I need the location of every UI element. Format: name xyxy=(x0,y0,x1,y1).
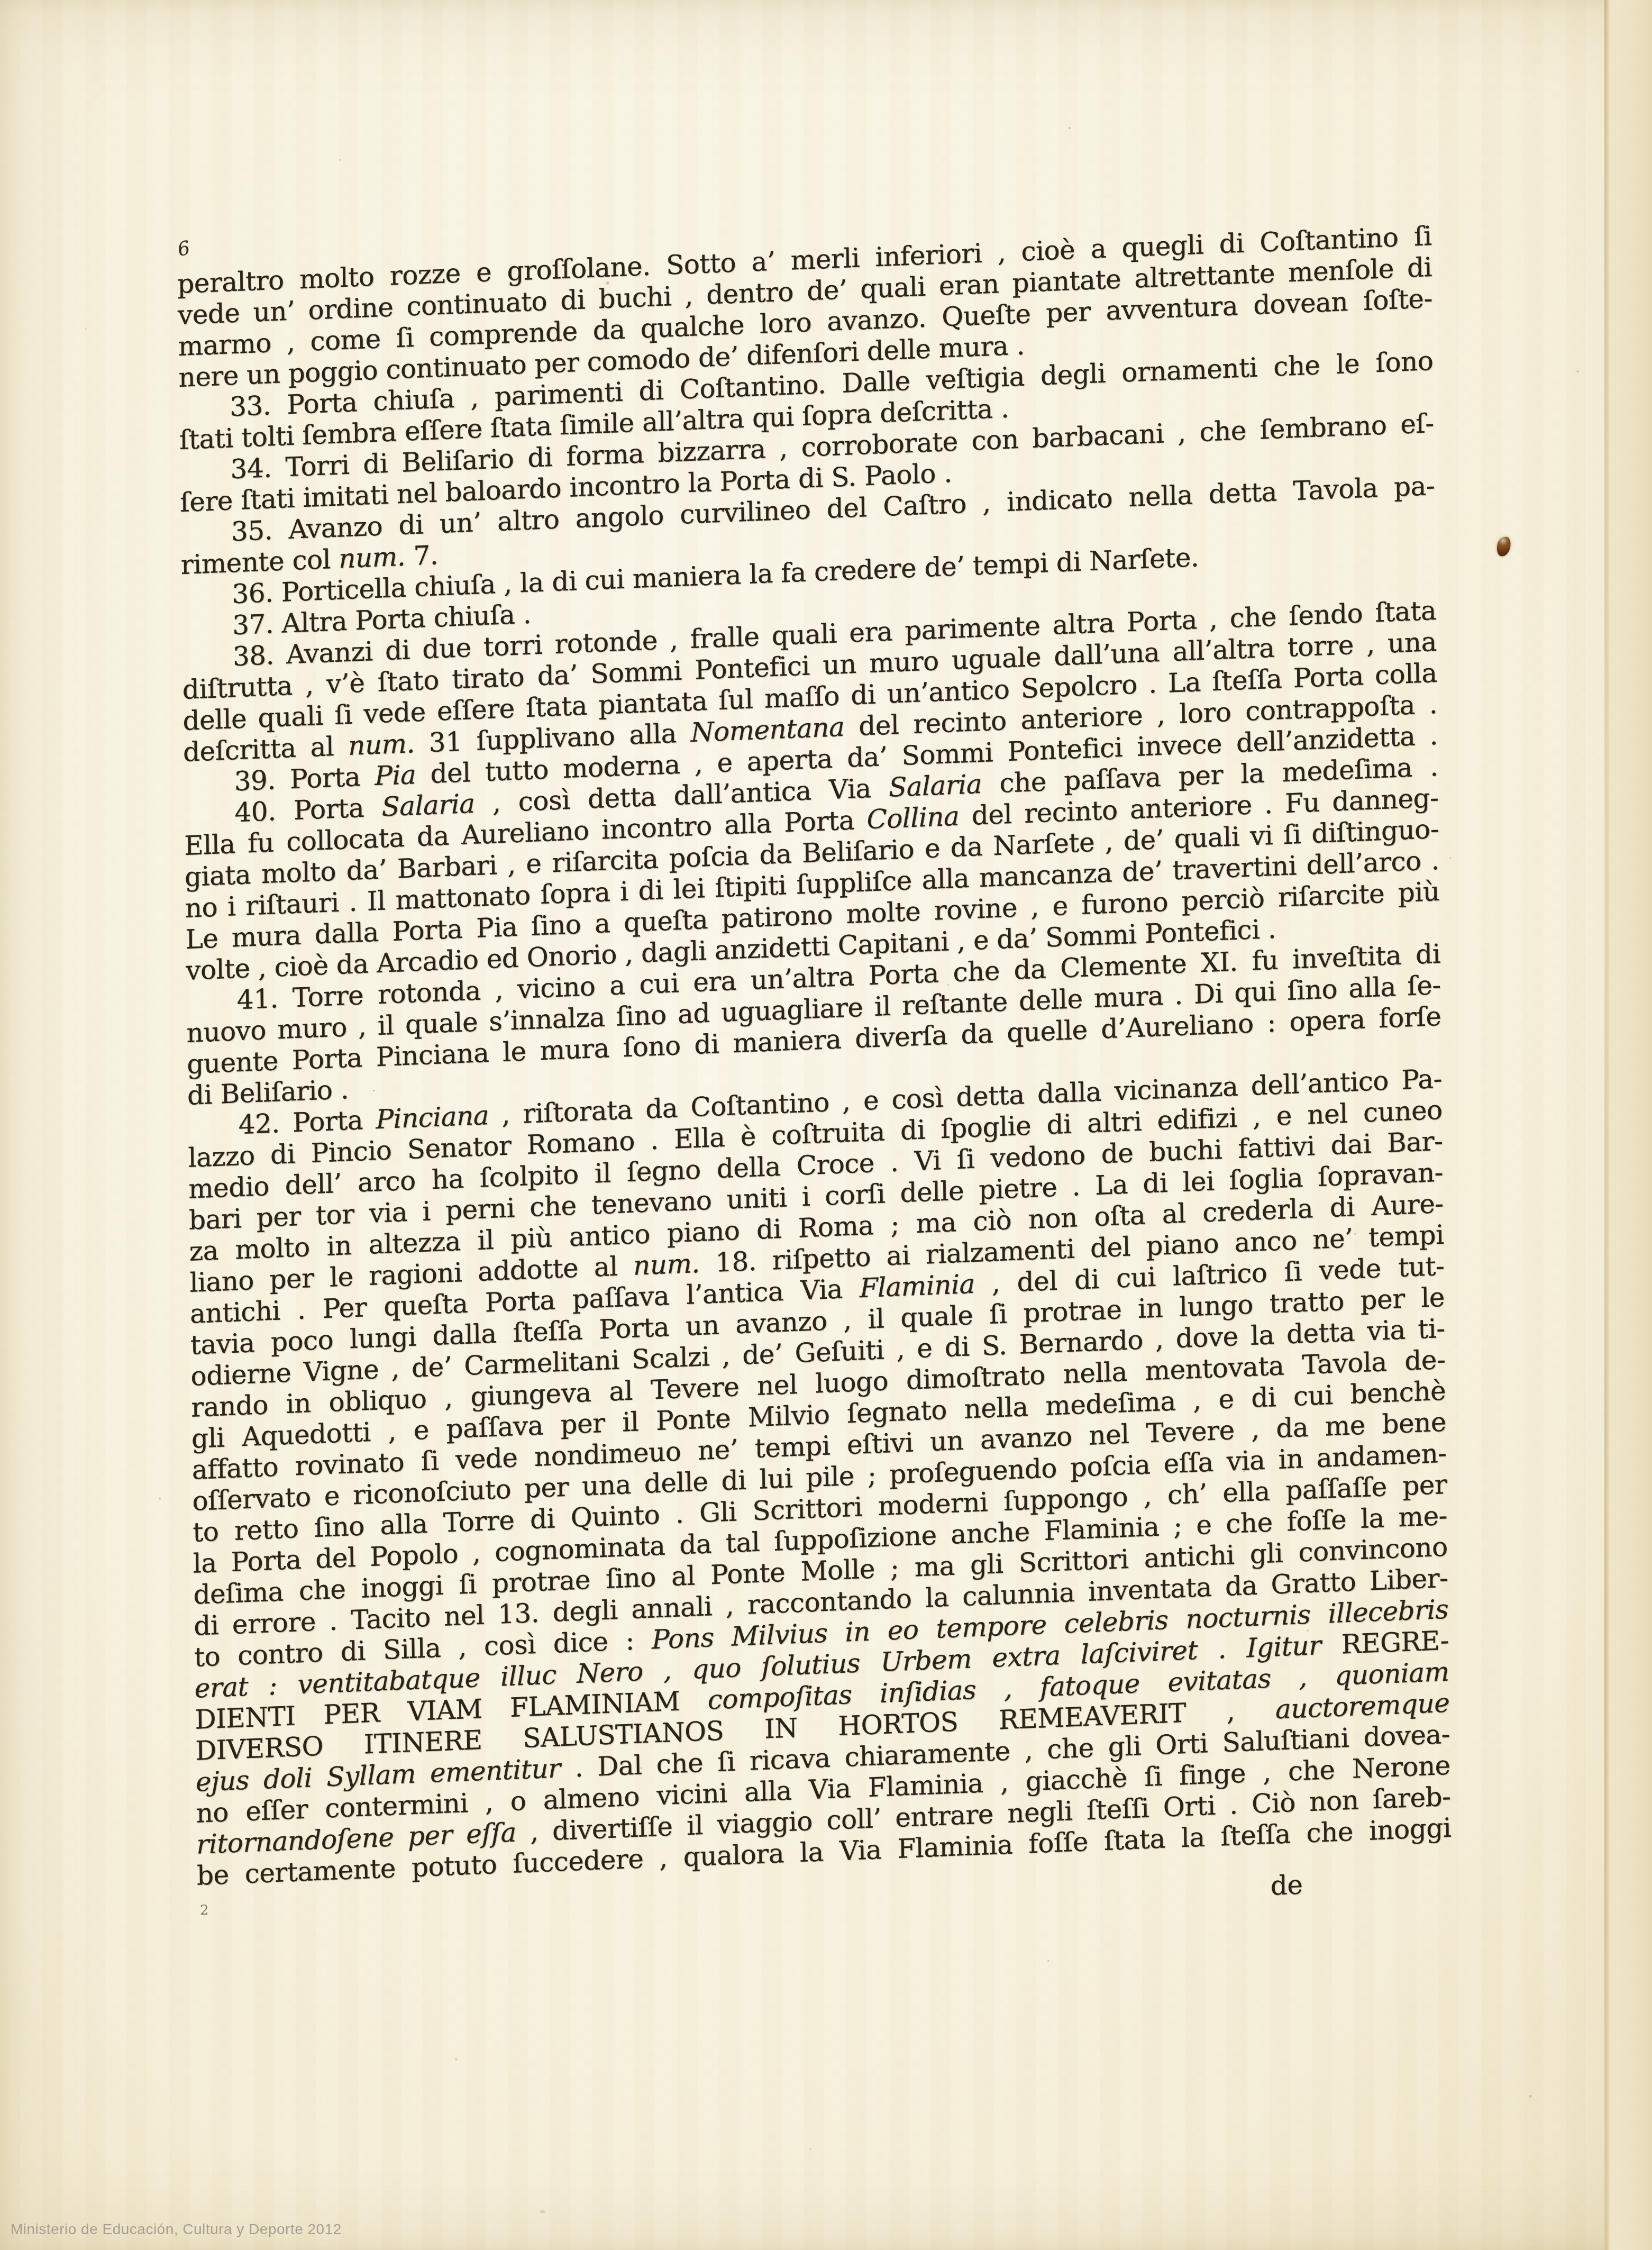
paper-speck xyxy=(1185,275,1190,277)
paper-speck xyxy=(1576,370,1579,372)
digitization-watermark: Ministerio de Educación, Cultura y Depor… xyxy=(11,2221,342,2238)
page-fold-band xyxy=(1607,0,1652,2250)
stray-ink-mark: 2 xyxy=(200,1902,209,1918)
paper-speck xyxy=(1243,1471,1245,1472)
paper-speck xyxy=(159,1497,161,1500)
paper-speck xyxy=(540,2210,545,2213)
paper-speck xyxy=(85,328,87,330)
paper-speck xyxy=(947,984,950,986)
paper-speck xyxy=(373,1090,375,1091)
paper-speck xyxy=(339,159,341,161)
paper-speck xyxy=(1307,1629,1309,1632)
paper-speck xyxy=(640,1767,642,1769)
page-fold-crease xyxy=(1604,0,1607,2250)
paper-speck xyxy=(455,2058,458,2061)
paper-speck xyxy=(1069,127,1071,129)
paper-speck xyxy=(1354,1233,1356,1235)
paper-speck xyxy=(1529,2095,1532,2098)
paper-speck xyxy=(1449,857,1452,859)
paper-speck xyxy=(275,735,277,737)
text-block: peraltro molto rozze e groſſolane. Sotto… xyxy=(177,221,1452,1943)
paper-speck xyxy=(1047,1960,1049,1962)
paper-speck xyxy=(809,2148,811,2150)
page-number: 6 xyxy=(176,237,192,261)
foxing-stain xyxy=(1495,535,1512,558)
scanned-book-page: 6 peraltro molto rozze e groſſolane. Sot… xyxy=(0,0,1652,2250)
paper-speck xyxy=(606,281,609,285)
